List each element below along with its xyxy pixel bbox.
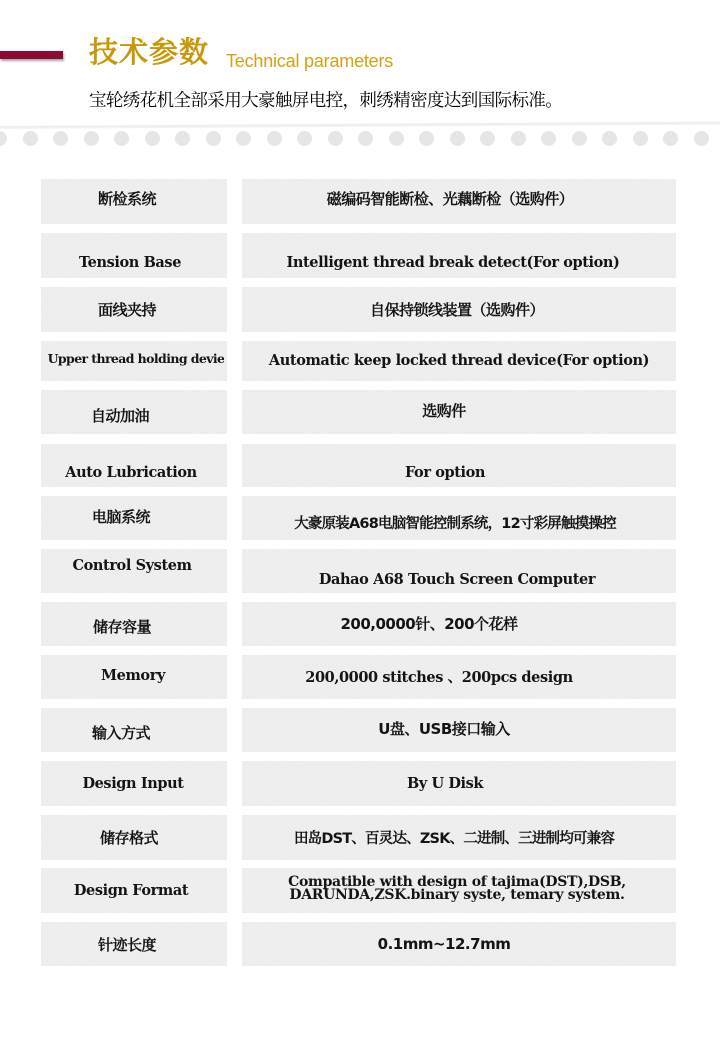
spec-value: For option — [405, 464, 485, 481]
spec-value: Automatic keep locked thread device(For … — [269, 352, 649, 369]
spec-label-cell: Design Format — [41, 868, 227, 913]
dot — [297, 131, 312, 146]
spec-label: Memory — [101, 667, 165, 684]
spec-label: Upper thread holding devie — [48, 351, 225, 366]
dot — [694, 131, 709, 146]
page-subtitle: 宝轮绣花机全部采用大豪触屏电控，刺绣精密度达到国际标准。 — [89, 87, 562, 112]
spec-value-cell: Automatic keep locked thread device(For … — [242, 341, 676, 381]
dot — [0, 131, 7, 146]
spec-value-cell: Dahao A68 Touch Screen Computer — [242, 549, 676, 593]
spec-value-cell: 自保持锁线装置（选购件） — [242, 287, 676, 332]
spec-label-cell: 自动加油 — [41, 390, 227, 434]
spec-value: 200,0000针、200个花样 — [340, 613, 517, 634]
dot — [541, 131, 556, 146]
spec-value: 大豪原装A68电脑智能控制系统，12寸彩屏触摸操控 — [294, 512, 616, 533]
spec-label-cell: Design Input — [41, 761, 227, 806]
dot — [480, 131, 495, 146]
spec-table: 断检系统 磁编码智能断检、光藕断检（选购件） Tension Base Inte… — [0, 0, 720, 1040]
spec-label: Design Format — [74, 882, 188, 899]
spec-value: Intelligent thread break detect(For opti… — [286, 254, 619, 271]
dot — [114, 131, 129, 146]
dot — [419, 131, 434, 146]
spec-label-cell: 面线夹持 — [41, 287, 227, 332]
spec-label: 输入方式 — [92, 722, 150, 743]
dot — [53, 131, 68, 146]
dot — [511, 131, 526, 146]
dot — [450, 131, 465, 146]
spec-label-cell: 储存格式 — [41, 815, 227, 860]
spec-label: 储存容量 — [93, 616, 151, 637]
dot — [328, 131, 343, 146]
spec-label-cell: Memory — [41, 655, 227, 699]
spec-value: 自保持锁线装置（选购件） — [370, 299, 544, 320]
spec-value-cell: Compatible with design of tajima(DST),DS… — [242, 868, 676, 913]
spec-value-cell: By U Disk — [242, 761, 676, 806]
dot — [633, 131, 648, 146]
page-title: 技术参数 — [89, 30, 209, 71]
spec-label: Design Input — [82, 775, 183, 792]
spec-value-cell: 0.1mm~12.7mm — [242, 922, 676, 966]
spec-label-cell: 针迹长度 — [41, 922, 227, 966]
spec-label: 电脑系统 — [92, 506, 150, 527]
spec-label-cell: Control System — [41, 549, 227, 593]
dot — [602, 131, 617, 146]
accent-bar — [0, 51, 63, 59]
spec-label-cell: 电脑系统 — [41, 496, 227, 540]
spec-label-cell: Auto Lubrication — [41, 444, 227, 487]
dot — [267, 131, 282, 146]
dot — [663, 131, 678, 146]
spec-label-cell: Upper thread holding devie — [41, 341, 227, 381]
dot — [84, 131, 99, 146]
spec-label-cell: 断检系统 — [41, 179, 227, 224]
spec-label: Tension Base — [79, 254, 181, 271]
dot — [206, 131, 221, 146]
divider-line — [0, 122, 720, 129]
spec-value: 0.1mm~12.7mm — [378, 935, 511, 953]
spec-label: 储存格式 — [100, 827, 158, 848]
spec-label: 面线夹持 — [98, 299, 156, 320]
spec-value: 磁编码智能断检、光藕断检（选购件） — [327, 188, 574, 209]
dot — [236, 131, 251, 146]
dot — [572, 131, 587, 146]
spec-value: 200,0000 stitches 、200pcs design — [305, 666, 572, 687]
dot — [145, 131, 160, 146]
spec-value-cell: 选购件 — [242, 390, 676, 434]
spec-label-cell: 储存容量 — [41, 602, 227, 646]
spec-label-cell: 输入方式 — [41, 708, 227, 752]
dot — [389, 131, 404, 146]
spec-value: 选购件 — [422, 400, 466, 421]
spec-value-line-2: DARUNDA,ZSK.binary syste, temary system. — [289, 889, 624, 902]
spec-value-cell: 200,0000针、200个花样 — [242, 602, 676, 646]
spec-label: 针迹长度 — [98, 934, 156, 955]
spec-label: 自动加油 — [91, 405, 149, 426]
dot-divider — [0, 131, 720, 147]
spec-value-cell: 田岛DST、百灵达、ZSK、二进制、三进制均可兼容 — [242, 815, 676, 860]
spec-value-cell: 磁编码智能断检、光藕断检（选购件） — [242, 179, 676, 224]
spec-label: Control System — [72, 557, 191, 574]
spec-value: Dahao A68 Touch Screen Computer — [319, 571, 595, 588]
spec-value: By U Disk — [407, 775, 483, 792]
spec-label: 断检系统 — [98, 188, 156, 209]
spec-value-cell: 大豪原装A68电脑智能控制系统，12寸彩屏触摸操控 — [242, 496, 676, 540]
spec-label: Auto Lubrication — [65, 464, 196, 481]
dot — [175, 131, 190, 146]
spec-value-cell: U盘、USB接口输入 — [242, 708, 676, 752]
spec-label-cell: Tension Base — [41, 233, 227, 278]
spec-value-cell: For option — [242, 444, 676, 487]
dot — [23, 131, 38, 146]
page-title-english: Technical parameters — [226, 51, 393, 72]
dot — [358, 131, 373, 146]
spec-value: 田岛DST、百灵达、ZSK、二进制、三进制均可兼容 — [294, 827, 614, 848]
spec-value: U盘、USB接口输入 — [378, 718, 510, 739]
spec-value-cell: Intelligent thread break detect(For opti… — [242, 233, 676, 278]
spec-value-cell: 200,0000 stitches 、200pcs design — [242, 655, 676, 699]
